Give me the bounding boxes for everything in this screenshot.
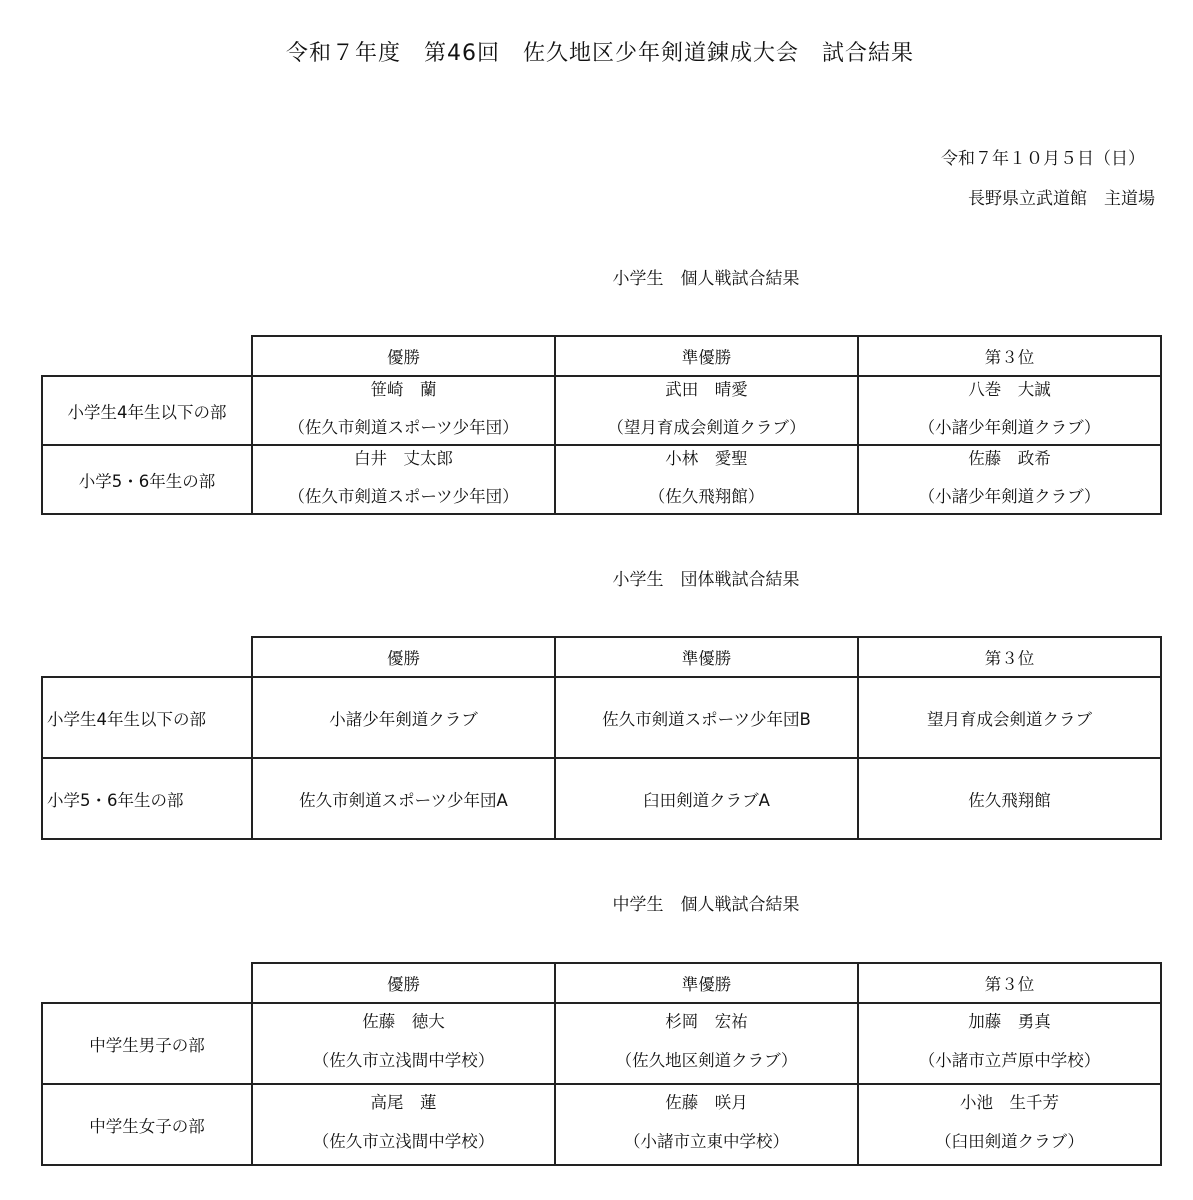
third-place-cell: 佐藤 政希（小諸少年剣道クラブ） xyxy=(858,445,1161,514)
header-first-place: 優勝 xyxy=(252,637,555,677)
third-place-cell: 小池 生千芳（臼田剣道クラブ） xyxy=(858,1084,1161,1165)
header-second-place: 準優勝 xyxy=(555,963,858,1003)
event-date: 令和７年１０月５日（日） xyxy=(941,144,1145,169)
section-title-elementary-team: 小学生 団体戦試合結果 xyxy=(0,565,1193,590)
elementary-team-results-table: 優勝 準優勝 第３位 小学生4年生以下の部 小諸少年剣道クラブ 佐久市剣道スポー… xyxy=(41,636,1162,840)
second-place-cell: 佐藤 咲月（小諸市立東中学校） xyxy=(555,1084,858,1165)
second-place-cell: 武田 晴愛（望月育成会剣道クラブ） xyxy=(555,376,858,445)
division-label: 中学生女子の部 xyxy=(42,1084,252,1165)
header-blank-cell xyxy=(42,963,252,1003)
player-name: 加藤 勇真 xyxy=(859,1012,1160,1032)
player-name: 小林 愛聖 xyxy=(556,449,857,469)
player-name: 佐藤 咲月 xyxy=(556,1093,857,1113)
document-title: 令和７年度 第46回 佐久地区少年剣道錬成大会 試合結果 xyxy=(0,36,1193,67)
division-label: 小学生4年生以下の部 xyxy=(42,376,252,445)
header-first-place: 優勝 xyxy=(252,963,555,1003)
division-label: 小学生4年生以下の部 xyxy=(42,677,252,758)
player-club: （小諸市立東中学校） xyxy=(556,1132,857,1152)
second-place-team: 佐久市剣道スポーツ少年団B xyxy=(555,677,858,758)
division-label: 小学5・6年生の部 xyxy=(42,445,252,514)
third-place-cell: 八巻 大誠（小諸少年剣道クラブ） xyxy=(858,376,1161,445)
first-place-team: 小諸少年剣道クラブ xyxy=(252,677,555,758)
player-club: （佐久市立浅間中学校） xyxy=(253,1051,554,1071)
elementary-individual-results-table: 優勝 準優勝 第３位 小学生4年生以下の部 笹崎 蘭（佐久市剣道スポーツ少年団）… xyxy=(41,335,1162,515)
event-venue: 長野県立武道館 主道場 xyxy=(968,184,1155,209)
player-club: （佐久飛翔館） xyxy=(556,487,857,507)
section-title-junior-high-individual: 中学生 個人戦試合結果 xyxy=(0,890,1193,915)
player-club: （望月育成会剣道クラブ） xyxy=(556,418,857,438)
table-header-row: 優勝 準優勝 第３位 xyxy=(42,637,1161,677)
player-club: （小諸少年剣道クラブ） xyxy=(859,418,1160,438)
table-row: 小学5・6年生の部 白井 丈太郎（佐久市剣道スポーツ少年団） 小林 愛聖（佐久飛… xyxy=(42,445,1161,514)
table-row: 小学生4年生以下の部 小諸少年剣道クラブ 佐久市剣道スポーツ少年団B 望月育成会… xyxy=(42,677,1161,758)
table-row: 中学生男子の部 佐藤 徳大（佐久市立浅間中学校） 杉岡 宏祐（佐久地区剣道クラブ… xyxy=(42,1003,1161,1084)
first-place-cell: 高尾 蓮（佐久市立浅間中学校） xyxy=(252,1084,555,1165)
header-second-place: 準優勝 xyxy=(555,637,858,677)
player-name: 佐藤 政希 xyxy=(859,449,1160,469)
player-name: 高尾 蓮 xyxy=(253,1093,554,1113)
header-third-place: 第３位 xyxy=(858,336,1161,376)
table-row: 小学生4年生以下の部 笹崎 蘭（佐久市剣道スポーツ少年団） 武田 晴愛（望月育成… xyxy=(42,376,1161,445)
first-place-cell: 白井 丈太郎（佐久市剣道スポーツ少年団） xyxy=(252,445,555,514)
third-place-team: 望月育成会剣道クラブ xyxy=(858,677,1161,758)
first-place-team: 佐久市剣道スポーツ少年団A xyxy=(252,758,555,839)
section-title-elementary-individual: 小学生 個人戦試合結果 xyxy=(0,264,1193,289)
table-row: 中学生女子の部 高尾 蓮（佐久市立浅間中学校） 佐藤 咲月（小諸市立東中学校） … xyxy=(42,1084,1161,1165)
player-name: 武田 晴愛 xyxy=(556,380,857,400)
player-club: （小諸少年剣道クラブ） xyxy=(859,487,1160,507)
player-club: （臼田剣道クラブ） xyxy=(859,1132,1160,1152)
table-header-row: 優勝 準優勝 第３位 xyxy=(42,963,1161,1003)
table-header-row: 優勝 準優勝 第３位 xyxy=(42,336,1161,376)
division-label: 小学5・6年生の部 xyxy=(42,758,252,839)
player-club: （佐久市立浅間中学校） xyxy=(253,1132,554,1152)
division-label: 中学生男子の部 xyxy=(42,1003,252,1084)
header-second-place: 準優勝 xyxy=(555,336,858,376)
header-third-place: 第３位 xyxy=(858,637,1161,677)
player-name: 小池 生千芳 xyxy=(859,1093,1160,1113)
junior-high-individual-results-table: 優勝 準優勝 第３位 中学生男子の部 佐藤 徳大（佐久市立浅間中学校） 杉岡 宏… xyxy=(41,962,1162,1166)
player-club: （佐久地区剣道クラブ） xyxy=(556,1051,857,1071)
first-place-cell: 笹崎 蘭（佐久市剣道スポーツ少年団） xyxy=(252,376,555,445)
third-place-cell: 加藤 勇真（小諸市立芦原中学校） xyxy=(858,1003,1161,1084)
first-place-cell: 佐藤 徳大（佐久市立浅間中学校） xyxy=(252,1003,555,1084)
player-club: （佐久市剣道スポーツ少年団） xyxy=(253,487,554,507)
table-row: 小学5・6年生の部 佐久市剣道スポーツ少年団A 臼田剣道クラブA 佐久飛翔館 xyxy=(42,758,1161,839)
player-club: （佐久市剣道スポーツ少年団） xyxy=(253,418,554,438)
player-name: 佐藤 徳大 xyxy=(253,1012,554,1032)
header-blank-cell xyxy=(42,336,252,376)
player-club: （小諸市立芦原中学校） xyxy=(859,1051,1160,1071)
player-name: 八巻 大誠 xyxy=(859,380,1160,400)
player-name: 白井 丈太郎 xyxy=(253,449,554,469)
third-place-team: 佐久飛翔館 xyxy=(858,758,1161,839)
second-place-cell: 小林 愛聖（佐久飛翔館） xyxy=(555,445,858,514)
header-first-place: 優勝 xyxy=(252,336,555,376)
header-blank-cell xyxy=(42,637,252,677)
second-place-team: 臼田剣道クラブA xyxy=(555,758,858,839)
player-name: 杉岡 宏祐 xyxy=(556,1012,857,1032)
second-place-cell: 杉岡 宏祐（佐久地区剣道クラブ） xyxy=(555,1003,858,1084)
player-name: 笹崎 蘭 xyxy=(253,380,554,400)
header-third-place: 第３位 xyxy=(858,963,1161,1003)
